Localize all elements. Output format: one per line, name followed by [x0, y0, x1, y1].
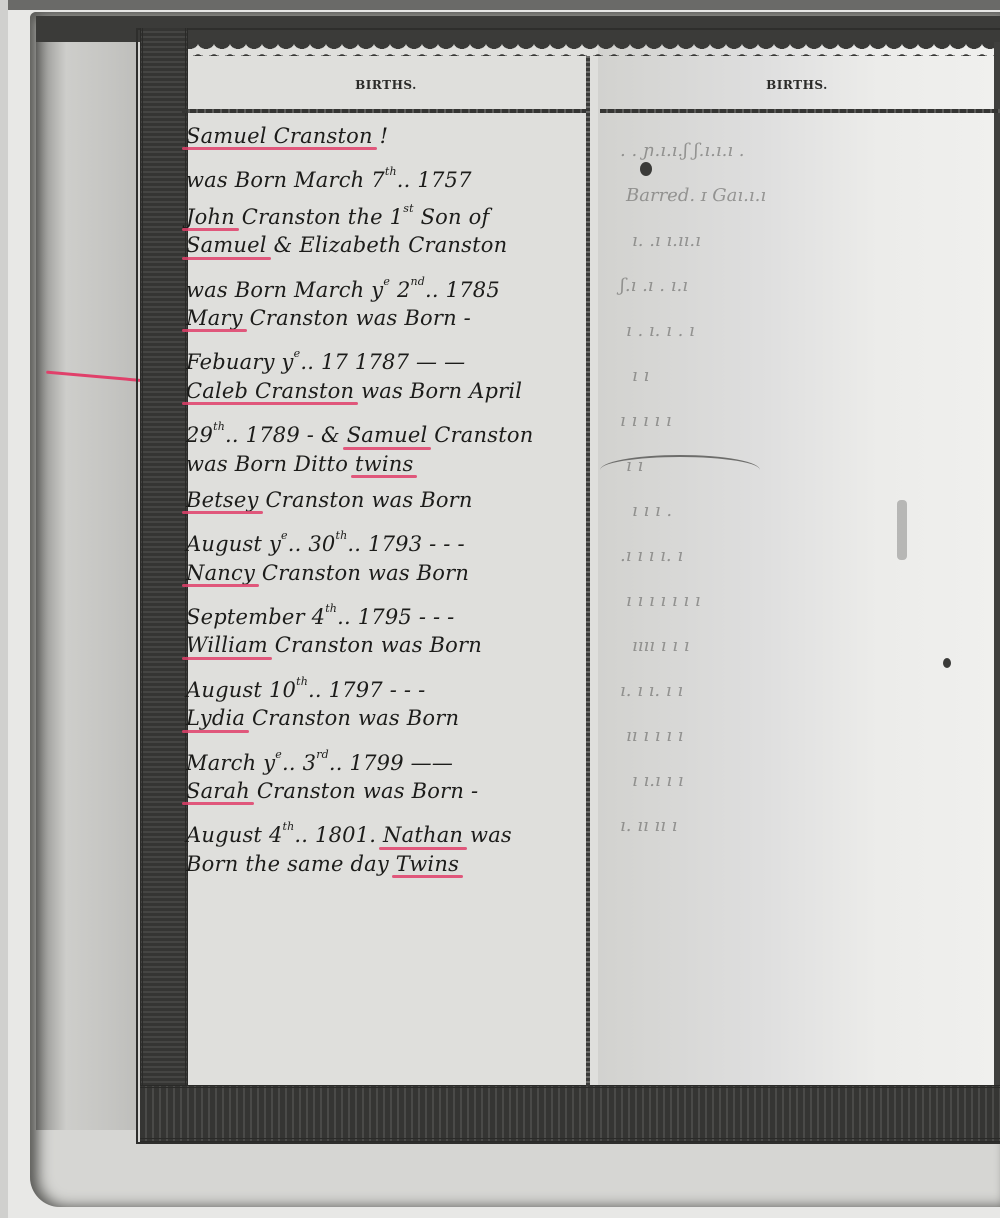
record-text: was Born March 7	[186, 168, 385, 192]
bleed-through-line: ı ı	[632, 365, 649, 386]
birth-record-line: August 4th.. 1801. Nathan was	[186, 809, 581, 845]
record-text: March y	[186, 751, 275, 775]
record-text: was Born March y	[186, 278, 383, 302]
record-text: & Elizabeth Cranston	[267, 233, 508, 257]
column-divider	[586, 56, 590, 1086]
birth-record-line: John Cranston the 1st Son of	[186, 191, 581, 227]
ink-speck	[943, 658, 951, 668]
birth-record-line: William Cranston was Born	[186, 627, 581, 663]
frame-right-border	[994, 42, 1000, 1085]
record-text: August 10	[186, 678, 296, 702]
record-text: August 4	[186, 823, 283, 847]
bleed-through-line: . . ɲ.ı.ı.ʃ ʃ.ı.ı.ı .	[620, 140, 745, 161]
birth-record-line: 29th.. 1789 - & Samuel Cranston	[186, 409, 581, 445]
record-text: was Born April	[354, 379, 522, 403]
wavy-top-border	[182, 42, 1000, 56]
birth-record-line: August 10th.. 1797 - - -	[186, 664, 581, 700]
ordinal-suffix: th	[335, 529, 347, 542]
record-text: .. 30	[288, 532, 336, 556]
record-text: Febuary y	[186, 350, 294, 374]
underlined-name: Nancy	[186, 555, 255, 591]
record-text: .. 1795 - - -	[337, 605, 454, 629]
record-text: was	[463, 823, 512, 847]
record-text: .. 1785	[425, 278, 500, 302]
record-text: .. 1793 - - -	[347, 532, 464, 556]
record-text: was Born Ditto	[186, 452, 355, 476]
ordinal-suffix: e	[275, 748, 282, 761]
birth-record-line: September 4th.. 1795 - - -	[186, 591, 581, 627]
birth-record-line: Febuary ye.. 17 1787 — —	[186, 336, 581, 372]
record-text: September 4	[186, 605, 325, 629]
ordinal-suffix: nd	[411, 275, 426, 288]
record-text: Son of	[414, 205, 490, 229]
birth-record-line: Mary Cranston was Born -	[186, 300, 581, 336]
header-rule-left	[182, 109, 586, 113]
bleed-through-line: Barred. ɪ Gaı.ı.ı	[626, 185, 766, 206]
births-header-left: BIRTHS.	[182, 68, 590, 102]
record-text: .. 17 1787 — —	[300, 350, 465, 374]
frame-bottom-border	[140, 1085, 1000, 1142]
bleed-through-line: ı ı ı .	[632, 500, 672, 521]
underlined-name: Sarah	[186, 773, 250, 809]
bleed-through-line: ı ı ı ı ı	[620, 410, 672, 431]
birth-record-line: Samuel Cranston !	[186, 118, 581, 154]
birth-record-line: was Born March ye 2nd.. 1785	[186, 264, 581, 300]
bleed-through-line: ıııı ı ı ı	[632, 635, 689, 656]
record-text: Cranston was Born	[259, 488, 473, 512]
header-rule-right	[600, 109, 1000, 113]
bleed-through-line: ı . ı. ı . ı	[626, 320, 695, 341]
record-text: 29	[186, 423, 213, 447]
record-text: .. 1789 - &	[225, 423, 347, 447]
birth-record-line: was Born Ditto twins	[186, 446, 581, 482]
ordinal-suffix: th	[213, 420, 225, 433]
record-text: .. 1799 ——	[329, 751, 453, 775]
record-text: .. 3	[282, 751, 316, 775]
record-text: .. 1757	[397, 168, 472, 192]
birth-record-line: Betsey Cranston was Born	[186, 482, 581, 518]
bleed-through-line: .ı ı ı ı. ı	[620, 545, 683, 566]
underlined-name: Caleb Cranston	[186, 373, 354, 409]
record-text: Cranston was Born -	[243, 306, 471, 330]
record-text: Born the same day	[186, 852, 396, 876]
record-text: 2	[390, 278, 410, 302]
bleed-through-line: ʃ.ı .ı . ı.ı	[620, 275, 688, 296]
ordinal-suffix: st	[403, 202, 413, 215]
underlined-name: Samuel Cranston	[186, 118, 373, 154]
page-left-margin	[36, 30, 136, 1130]
birth-record-line: Samuel & Elizabeth Cranston	[186, 227, 581, 263]
underlined-name: Samuel	[186, 227, 267, 263]
births-header-right: BIRTHS.	[594, 68, 1000, 102]
bleed-through-line: ıı ı ı ı ı	[626, 725, 683, 746]
record-text: Cranston was Born -	[250, 779, 478, 803]
underlined-name: Mary	[186, 300, 243, 336]
ordinal-suffix: e	[281, 529, 288, 542]
ink-curve-line	[600, 455, 760, 485]
ordinal-suffix: th	[283, 820, 295, 833]
underlined-name: Betsey	[186, 482, 259, 518]
underlined-name: twins	[355, 446, 413, 482]
birth-record-line: March ye.. 3rd.. 1799 ——	[186, 737, 581, 773]
underlined-name: Lydia	[186, 700, 245, 736]
birth-record-line: Sarah Cranston was Born -	[186, 773, 581, 809]
scan-edge-top	[0, 0, 1000, 10]
bleed-through-line: ı. ı ı. ı ı	[620, 680, 683, 701]
record-text: Cranston	[427, 423, 533, 447]
underlined-name: William	[186, 627, 268, 663]
birth-record-line: August ye.. 30th.. 1793 - - -	[186, 518, 581, 554]
frame-left-border	[140, 28, 188, 1136]
births-entries-left: Samuel Cranston !was Born March 7th.. 17…	[186, 118, 581, 882]
bleed-through-line: ı. ıı ıı ı	[620, 815, 677, 836]
ordinal-suffix: rd	[316, 748, 329, 761]
record-text: Cranston was Born	[255, 561, 469, 585]
ordinal-suffix: th	[296, 675, 308, 688]
underlined-name: Twins	[396, 846, 459, 882]
record-text: Cranston was Born	[268, 633, 482, 657]
record-text: !	[373, 124, 389, 148]
birth-record-line: Nancy Cranston was Born	[186, 555, 581, 591]
scan-edge-left	[0, 0, 8, 1218]
bleed-through-line: ı ı ı ı ı ı ı	[626, 590, 701, 611]
record-text: .. 1797 - - -	[308, 678, 425, 702]
record-text: Cranston the 1	[235, 205, 403, 229]
bleed-through-line: ı. .ı ı.ıı.ı	[632, 230, 701, 251]
ordinal-suffix: th	[385, 165, 397, 178]
birth-record-line: Lydia Cranston was Born	[186, 700, 581, 736]
ordinal-suffix: th	[325, 602, 337, 615]
ink-blot	[640, 162, 652, 176]
ink-smudge	[897, 500, 907, 560]
record-text: August y	[186, 532, 281, 556]
record-text: Cranston was Born	[245, 706, 459, 730]
birth-record-line: Caleb Cranston was Born April	[186, 373, 581, 409]
record-text: .. 1801.	[294, 823, 383, 847]
birth-record-line: was Born March 7th.. 1757	[186, 154, 581, 190]
bleed-through-line: ı ı.ı ı ı	[632, 770, 684, 791]
